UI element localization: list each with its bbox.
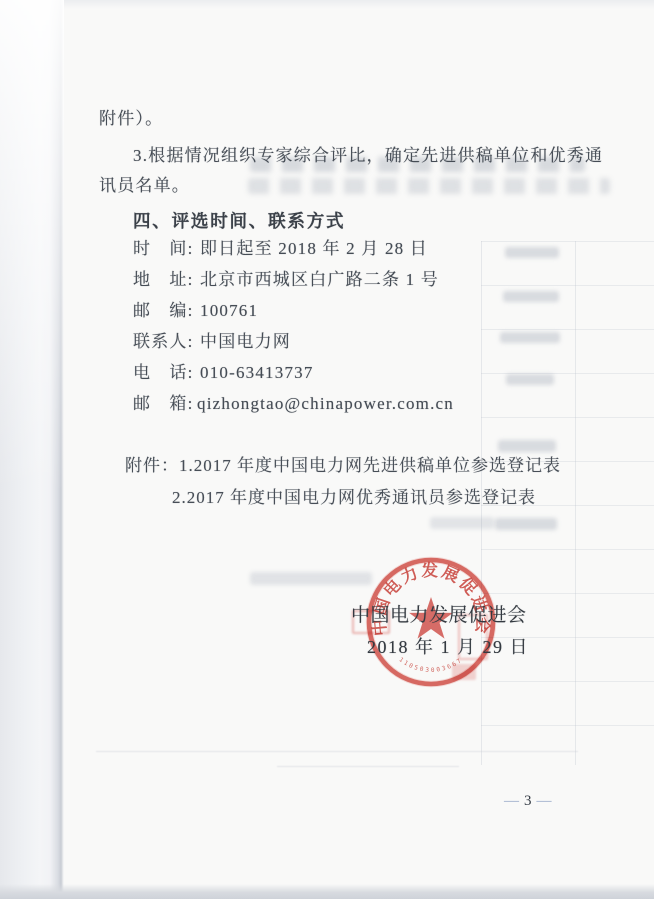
paragraph-tail: 附件）。	[99, 104, 163, 129]
contact-row-phone: 电 话:010-63413737	[133, 357, 454, 388]
paragraph-3-line-1: 3.根据情况组织专家综合评比，确定先进供稿单位和优秀通	[133, 141, 603, 166]
scan-edge-top	[0, 0, 654, 9]
contact-label: 时 间:	[133, 233, 195, 264]
contact-row-email: 邮 箱:qizhongtao@chinapower.com.cn	[133, 388, 454, 419]
contact-label: 邮 箱:	[133, 388, 195, 419]
ghost-bleed-cell	[506, 374, 554, 385]
contact-label: 电 话:	[133, 357, 195, 388]
ghost-bleed-text-row	[248, 178, 610, 194]
contact-value: 北京市西城区白广路二条 1 号	[200, 270, 439, 289]
contact-value: 中国电力网	[200, 332, 291, 351]
signature-organization: 中国电力发展促进会	[351, 600, 527, 627]
contact-label: 邮 编:	[133, 295, 195, 326]
contact-label: 联系人:	[133, 326, 195, 357]
page-number-value: 3	[520, 793, 537, 809]
contact-row-person: 联系人:中国电力网	[133, 326, 454, 357]
attachments-block: 附件：1.2017 年度中国电力网先进供稿单位参选登记表 2.2017 年度中国…	[125, 450, 561, 514]
ghost-bleed-cell	[430, 517, 494, 529]
ghost-bleed-cell	[505, 247, 559, 258]
scanned-document-page: 附件）。 3.根据情况组织专家综合评比，确定先进供稿单位和优秀通 讯员名单。 四…	[0, 0, 654, 899]
contact-value: qizhongtao@chinapower.com.cn	[197, 394, 454, 413]
contact-row-zipcode: 邮 编:100761	[133, 295, 454, 326]
page-number: —3—	[504, 793, 553, 810]
ghost-bleed-cell	[503, 291, 559, 302]
page-number-dash: —	[504, 793, 520, 809]
paragraph-3-line-2: 讯员名单。	[99, 171, 190, 196]
scan-edge-bottom	[0, 884, 654, 899]
ghost-bleed-line	[277, 766, 459, 767]
attachment-item-1: 附件：1.2017 年度中国电力网先进供稿单位参选登记表	[125, 450, 561, 482]
contact-row-address: 地 址:北京市西城区白广路二条 1 号	[133, 264, 454, 295]
scan-edge-left-fold	[0, 0, 64, 899]
page-number-dash: —	[537, 793, 553, 809]
section-heading: 四、评选时间、联系方式	[133, 208, 345, 233]
ghost-bleed-cell	[500, 332, 560, 343]
attachment-item-2: 2.2017 年度中国电力网优秀通讯员参选登记表	[125, 482, 561, 514]
contact-label: 地 址:	[133, 264, 195, 295]
contact-value: 100761	[200, 301, 258, 320]
ghost-bleed-line	[96, 751, 578, 752]
ghost-bleed-cell	[495, 518, 557, 530]
contact-info-block: 时 间:即日起至 2018 年 2 月 28 日 地 址:北京市西城区白广路二条…	[133, 233, 454, 419]
contact-value: 010-63413737	[200, 363, 314, 382]
contact-value: 即日起至 2018 年 2 月 28 日	[200, 239, 428, 258]
contact-row-time: 时 间:即日起至 2018 年 2 月 28 日	[133, 233, 454, 264]
signature-date: 2018 年 1 月 29 日	[367, 633, 529, 659]
